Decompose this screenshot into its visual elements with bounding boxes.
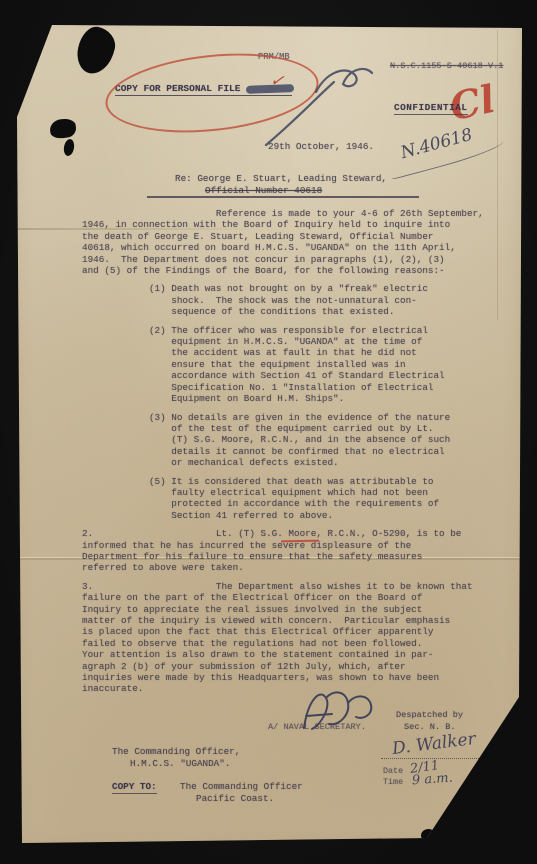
torn-hole-small: [63, 138, 76, 156]
ink-scrawl-signature: [258, 60, 378, 150]
text-line: and (5) of the Findings of the Board, fo…: [82, 265, 492, 276]
torn-hole-large: [74, 24, 119, 77]
text-line: is placed upon the fact that this Electr…: [82, 626, 492, 637]
text-line: Your attention is also drawn to the stat…: [82, 649, 492, 660]
text-line: shock. The shock was the not-unnatural c…: [82, 295, 492, 306]
classification-stamp: CONFIDENTIAL: [394, 102, 468, 115]
date-label: Date: [383, 766, 403, 776]
paragraph: 3. The Department also wishes it to be k…: [82, 581, 492, 695]
text-line: sequence of the conditions that existed.: [82, 306, 492, 317]
text-line: agraph 2 (b) of your submission of 12th …: [82, 661, 492, 672]
text-line: 2. Lt. (T) S.G. Moore, R.C.N., O-5290, i…: [82, 528, 492, 539]
text-line: (1) Death was not brought on by a "freak…: [82, 283, 492, 294]
text-line: Department for his failure to ensure tha…: [82, 551, 492, 562]
paragraph: 2. Lt. (T) S.G. Moore, R.C.N., O-5290, i…: [82, 528, 492, 574]
paragraph: (5) It is considered that death was attr…: [82, 476, 492, 522]
text-line: faulty electrical equipment which had no…: [82, 487, 492, 498]
photo-backdrop: PRM/MB N.S.C.1155-S-40618-V.1 Cl CONFIDE…: [0, 0, 537, 864]
text-line: Specification No. 1 "Installation of Ele…: [82, 382, 492, 393]
time-value-handwritten: 9 a.m.: [412, 771, 454, 789]
text-line: Inquiry to appreciate the real issues in…: [82, 604, 492, 615]
text-line: protected in accordance with the require…: [82, 498, 492, 509]
time-label: Time: [383, 777, 403, 787]
text-line: details it cannot be confirmed that no e…: [82, 446, 492, 457]
text-line: (2) The officer who was responsible for …: [82, 325, 492, 336]
text-line: matter of the inquiry is viewed with con…: [82, 615, 492, 626]
text-line: inaccurate.: [82, 683, 492, 694]
document-date: 29th October, 1946.: [268, 141, 374, 152]
text-line: accordance with Section 41 of Standard E…: [82, 370, 492, 381]
document-page: PRM/MB N.S.C.1155-S-40618-V.1 Cl CONFIDE…: [0, 0, 537, 864]
text-line: the accident was at fault in that he did…: [82, 347, 492, 358]
copy-to-line-1: The Commanding Officer: [180, 781, 303, 792]
addressee-line-2: H.M.C.S. "UGANDA".: [130, 758, 230, 769]
text-line: failed to observe that the regulations h…: [82, 638, 492, 649]
text-line: inquiries were made by this Headquarters…: [82, 672, 492, 683]
text-line: Reference is made to your 4-6 of 26th Se…: [82, 208, 492, 219]
paragraph: Reference is made to your 4-6 of 26th Se…: [82, 208, 492, 276]
text-line: (3) No details are given in the evidence…: [82, 412, 492, 423]
paragraph: (2) The officer who was responsible for …: [82, 325, 492, 405]
file-number: N.S.C.1155-S-40618-V.1: [390, 61, 503, 71]
text-line: Equipment on Board H.M. Ships".: [82, 393, 492, 404]
text-line: 1946, in connection with the Board of In…: [82, 219, 492, 230]
text-line: (5) It is considered that death was attr…: [82, 476, 492, 487]
torn-hole-medium: [49, 117, 77, 139]
despatched-by-label: Despatched by: [396, 710, 463, 720]
text-line: 1946. The Department does not concur in …: [82, 254, 492, 265]
text-line: 40618, which occurred on board H.M.C.S. …: [82, 242, 492, 253]
text-line: or mechanical defects existed.: [82, 457, 492, 468]
text-line: equipment in H.M.C.S. "UGANDA" at the ti…: [82, 336, 492, 347]
text-line: (T) S.G. Moore, R.C.N., and in the absen…: [82, 434, 492, 445]
text-line: referred to above were taken.: [82, 562, 492, 573]
addressee-line-1: The Commanding Officer,: [112, 746, 240, 757]
paragraph: (1) Death was not brought on by a "freak…: [82, 283, 492, 317]
text-line: of the test of the equipment carried out…: [82, 423, 492, 434]
copy-to-line-2: Pacific Coast.: [196, 793, 274, 804]
subject-underline: [147, 196, 419, 198]
letter-body: Reference is made to your 4-6 of 26th Se…: [82, 208, 492, 702]
despatched-by-value: Sec. N. B.: [404, 722, 456, 732]
text-line: the death of George E. Stuart, Leading S…: [82, 231, 492, 242]
text-line: Section 41 referred to above.: [82, 510, 492, 521]
subject-line-2: Official Number 40618: [205, 185, 322, 196]
copy-to-label: COPY TO:: [112, 781, 157, 794]
subject-line-1: Re: George E. Stuart, Leading Steward,: [175, 173, 387, 184]
edge-notch: [421, 829, 436, 842]
text-line: 3. The Department also wishes it to be k…: [82, 581, 492, 592]
text-line: ensure that the equipment installed was …: [82, 359, 492, 370]
fold-crease-right: [497, 30, 498, 320]
paragraph: (3) No details are given in the evidence…: [82, 412, 492, 469]
signed-title: A/ NAVAL SECRETARY.: [268, 722, 366, 732]
text-line: failure on the part of the Electrical Of…: [82, 592, 492, 603]
